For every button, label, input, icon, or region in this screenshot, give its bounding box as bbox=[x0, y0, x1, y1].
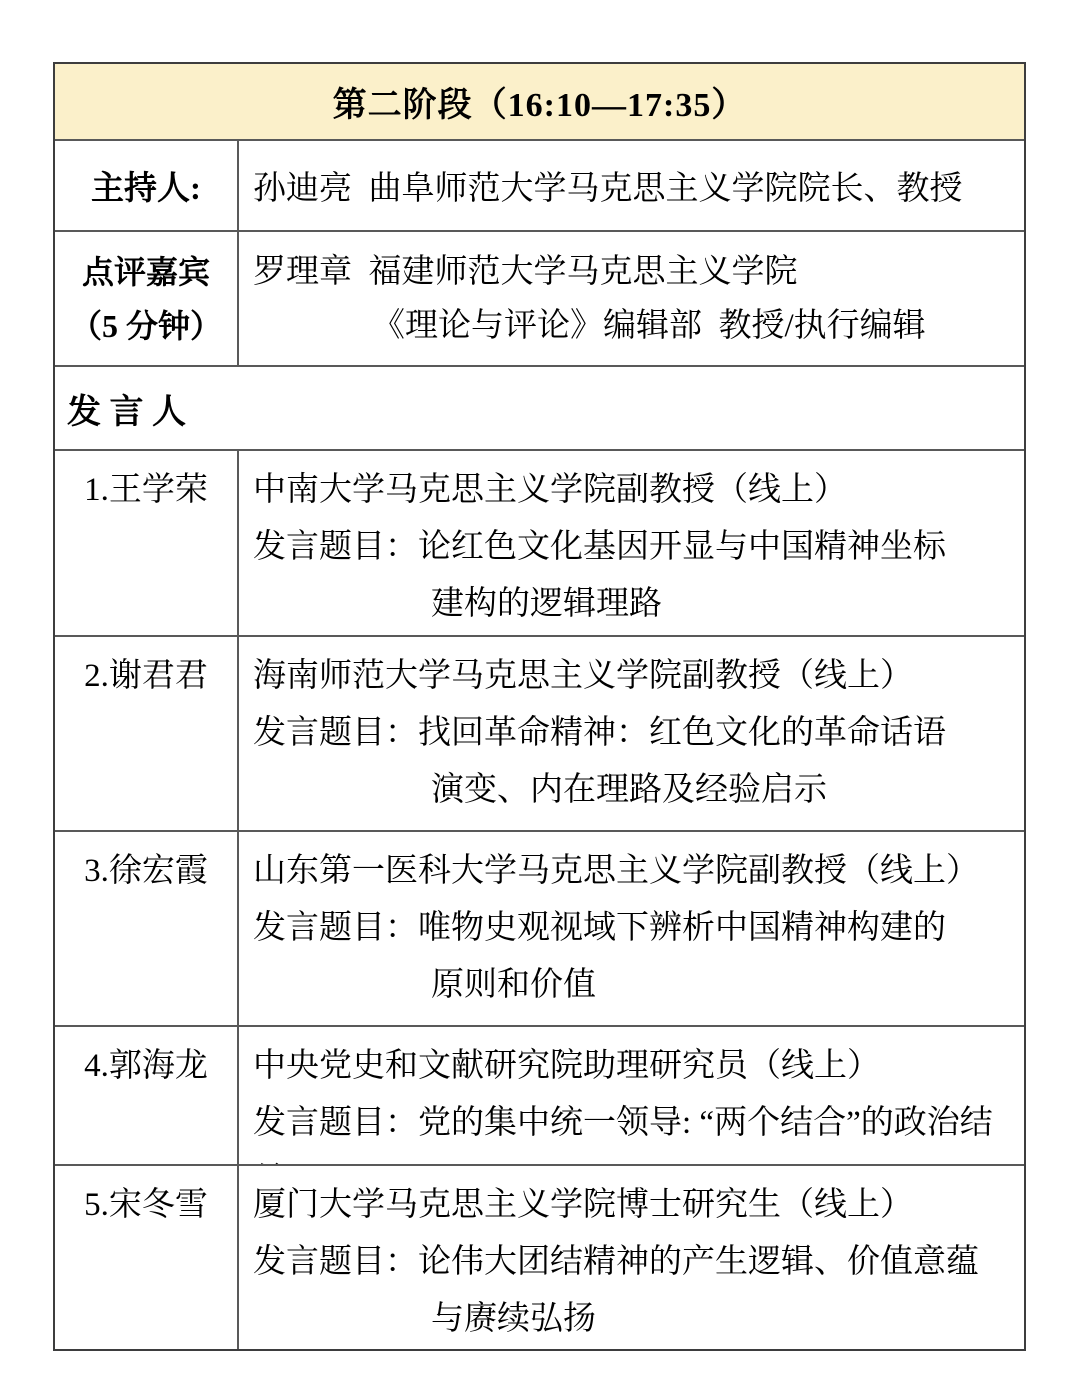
speaker-row-4: 4.郭海龙 中央党史和文献研究院助理研究员（线上） 发言题目：党的集中统一领导:… bbox=[55, 1025, 1024, 1164]
document-page: 第二阶段（16:10—17:35） 主持人: 孙迪亮 曲阜师范大学马克思主义学院… bbox=[0, 0, 1080, 1398]
speaker-affiliation: 厦门大学马克思主义学院博士研究生（线上） bbox=[253, 1177, 1018, 1234]
host-value: 孙迪亮 曲阜师范大学马克思主义学院院长、教授 bbox=[239, 141, 1024, 230]
commentator-row: 点评嘉宾 （5 分钟） 罗理章 福建师范大学马克思主义学院 《理论与评论》编辑部… bbox=[55, 230, 1024, 365]
speaker-topic-line2: 与赓续弘扬 bbox=[253, 1291, 1018, 1348]
speaker-topic-line1: 发言题目：论伟大团结精神的产生逻辑、价值意蕴 bbox=[253, 1234, 1018, 1291]
speaker-row-1: 1.王学荣 中南大学马克思主义学院副教授（线上） 发言题目：论红色文化基因开显与… bbox=[55, 449, 1024, 635]
speaker-topic-line2: 原则和价值 bbox=[253, 957, 1018, 1014]
speaker-detail: 中南大学马克思主义学院副教授（线上） 发言题目：论红色文化基因开显与中国精神坐标… bbox=[239, 451, 1024, 635]
commentator-value-line1: 罗理章 福建师范大学马克思主义学院 bbox=[253, 245, 1018, 299]
commentator-label-line1: 点评嘉宾 bbox=[55, 245, 237, 299]
speaker-topic-line2: 建构的逻辑理路 bbox=[253, 576, 1018, 633]
speaker-detail: 海南师范大学马克思主义学院副教授（线上） 发言题目：找回革命精神：红色文化的革命… bbox=[239, 637, 1024, 830]
speakers-section-header: 发 言 人 bbox=[55, 365, 1024, 449]
speaker-detail: 厦门大学马克思主义学院博士研究生（线上） 发言题目：论伟大团结精神的产生逻辑、价… bbox=[239, 1166, 1024, 1349]
speaker-name: 5.宋冬雪 bbox=[55, 1166, 239, 1349]
commentator-value: 罗理章 福建师范大学马克思主义学院 《理论与评论》编辑部 教授/执行编辑 bbox=[239, 232, 1024, 365]
speaker-topic-line2: 演变、内在理路及经验启示 bbox=[253, 762, 1018, 819]
stage-title: 第二阶段（16:10—17:35） bbox=[333, 77, 747, 126]
speaker-name: 3.徐宏霞 bbox=[55, 832, 239, 1025]
speakers-section-title: 发 言 人 bbox=[67, 384, 186, 433]
commentator-label-line2: （5 分钟） bbox=[55, 299, 237, 353]
speaker-topic-line1: 发言题目：论红色文化基因开显与中国精神坐标 bbox=[253, 519, 1018, 576]
speaker-affiliation: 中南大学马克思主义学院副教授（线上） bbox=[253, 462, 1018, 519]
speaker-topic-line1: 发言题目：找回革命精神：红色文化的革命话语 bbox=[253, 705, 1018, 762]
speaker-affiliation: 山东第一医科大学马克思主义学院副教授（线上） bbox=[253, 843, 1018, 900]
speaker-affiliation: 海南师范大学马克思主义学院副教授（线上） bbox=[253, 648, 1018, 705]
commentator-label: 点评嘉宾 （5 分钟） bbox=[55, 232, 239, 365]
speaker-row-5: 5.宋冬雪 厦门大学马克思主义学院博士研究生（线上） 发言题目：论伟大团结精神的… bbox=[55, 1164, 1024, 1349]
speaker-row-3: 3.徐宏霞 山东第一医科大学马克思主义学院副教授（线上） 发言题目：唯物史观视域… bbox=[55, 830, 1024, 1025]
speaker-name: 4.郭海龙 bbox=[55, 1027, 239, 1164]
speaker-name: 1.王学荣 bbox=[55, 451, 239, 635]
commentator-value-line2: 《理论与评论》编辑部 教授/执行编辑 bbox=[253, 299, 1018, 353]
speaker-name: 2.谢君君 bbox=[55, 637, 239, 830]
speaker-topic-line1: 发言题目：唯物史观视域下辨析中国精神构建的 bbox=[253, 900, 1018, 957]
speaker-row-2: 2.谢君君 海南师范大学马克思主义学院副教授（线上） 发言题目：找回革命精神：红… bbox=[55, 635, 1024, 830]
speaker-detail: 山东第一医科大学马克思主义学院副教授（线上） 发言题目：唯物史观视域下辨析中国精… bbox=[239, 832, 1024, 1025]
session-schedule-table: 第二阶段（16:10—17:35） 主持人: 孙迪亮 曲阜师范大学马克思主义学院… bbox=[53, 62, 1026, 1351]
stage-header-row: 第二阶段（16:10—17:35） bbox=[55, 64, 1024, 139]
speaker-affiliation: 中央党史和文献研究院助理研究员（线上） bbox=[253, 1038, 1018, 1095]
host-label: 主持人: bbox=[55, 141, 239, 230]
speaker-topic-line1: 发言题目：党的集中统一领导: “两个结合”的政治结晶 bbox=[253, 1095, 1018, 1164]
host-row: 主持人: 孙迪亮 曲阜师范大学马克思主义学院院长、教授 bbox=[55, 139, 1024, 230]
speaker-detail: 中央党史和文献研究院助理研究员（线上） 发言题目：党的集中统一领导: “两个结合… bbox=[239, 1027, 1024, 1164]
